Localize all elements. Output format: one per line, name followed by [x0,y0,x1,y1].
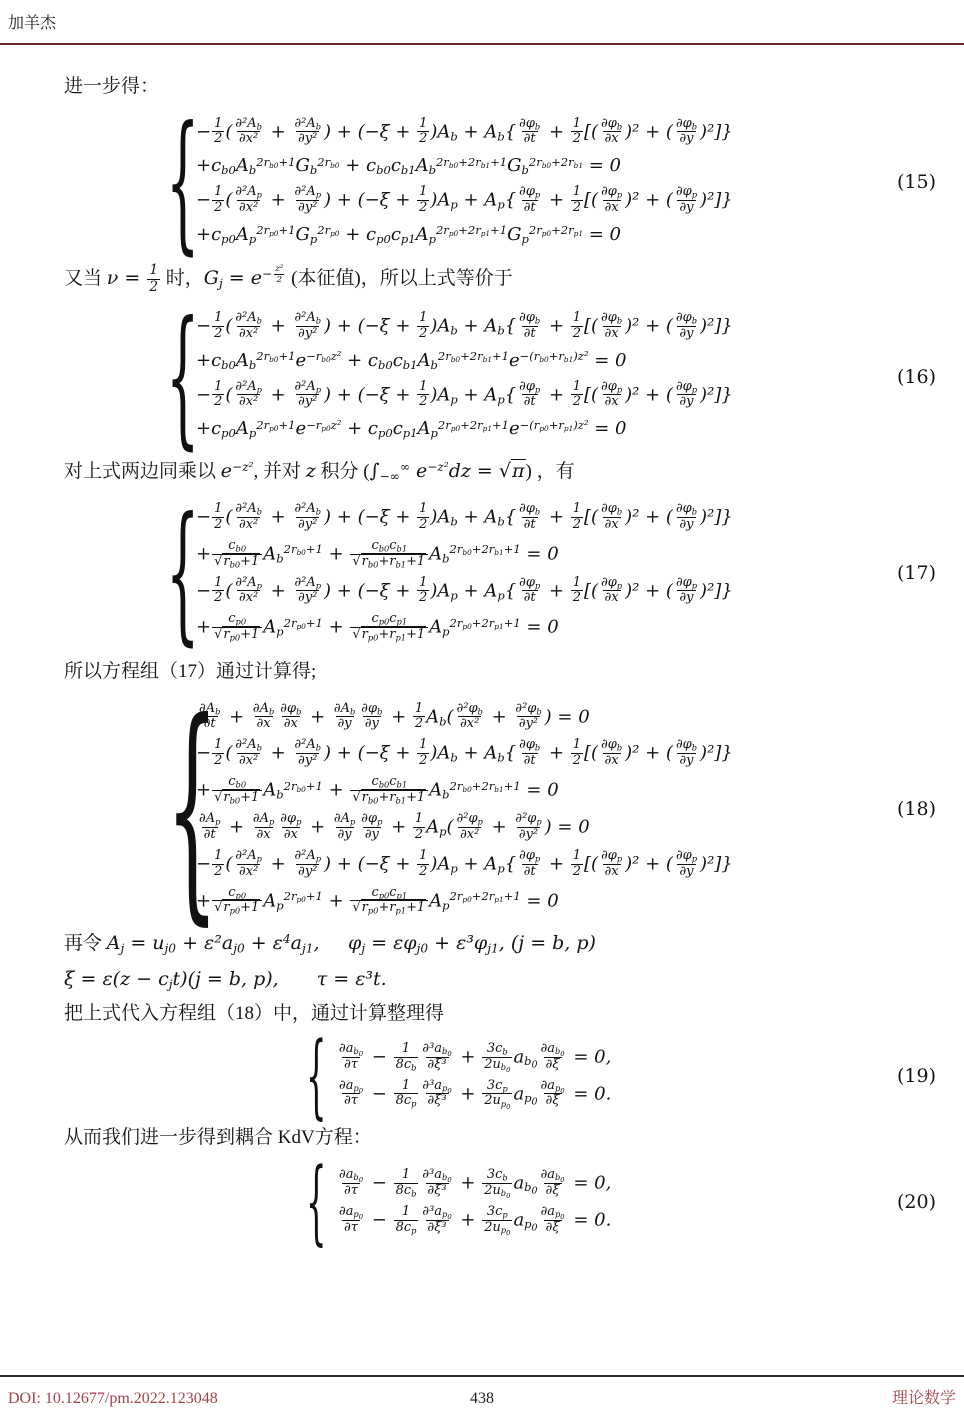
left-brace-icon: { [306,1156,326,1248]
equation-lines: ∂ab0∂τ − 18cb∂³ab0∂ξ³ + 3cb2ub0ab0∂ab0∂ξ… [336,1165,936,1239]
equation-line: ∂ap0∂τ − 18cp∂³ap0∂ξ³ + 3cp2up0ap0∂ap0∂ξ… [336,1202,936,1239]
page-footer: DOI: 10.12677/pm.2022.123048 438 理论数学 [0,1377,964,1414]
equation-line: ∂ap0∂τ − 18cp∂³ap0∂ξ³ + 3cp2up0ap0∂ap0∂ξ… [336,1076,936,1113]
equation-number: (20) [897,1191,936,1213]
left-brace-icon: { [306,1030,326,1122]
equation-number: (19) [897,1065,936,1087]
equation-lines: ∂ab0∂τ − 18cb∂³ab0∂ξ³ + 3cb2ub0ab0∂ab0∂ξ… [336,1039,936,1113]
equation-line: −12(∂²Ap∂x² + ∂²Ap∂y²) + (−ξ + 12)Ap + A… [196,182,936,219]
equation-16: { −12(∂²Ab∂x² + ∂²Ab∂y²) + (−ξ + 12)Ab +… [196,308,936,446]
equation-lines: −12(∂²Ab∂x² + ∂²Ab∂y²) + (−ξ + 12)Ab + A… [196,308,936,446]
equation-lines: −12(∂²Ab∂x² + ∂²Ab∂y²) + (−ξ + 12)Ab + A… [196,114,936,252]
equation-line: +cp0rp0+1Ap2rp0+1 + cp0cp1rp0+rp1+1Ap2rp… [196,609,936,646]
equation-line: ∂Ap∂t + ∂Ap∂x∂φp∂x + ∂Ap∂y∂φp∂y + 12Ap(∂… [196,809,936,846]
equation-number: (16) [897,366,936,388]
page-content: 进一步得： { −12(∂²Ab∂x² + ∂²Ab∂y²) + (−ξ + 1… [0,45,964,1375]
left-brace-icon: { [166,302,199,452]
equation-line: −12(∂²Ab∂x² + ∂²Ab∂y²) + (−ξ + 12)Ab + A… [196,499,936,536]
equation-line: ∂ab0∂τ − 18cb∂³ab0∂ξ³ + 3cb2ub0ab0∂ab0∂ξ… [336,1165,936,1202]
equation-line: +cp0Ap2rp0+1e−rp0z² + cp0cp1Ap2rp0+2rp1+… [196,413,936,445]
equation-15: { −12(∂²Ab∂x² + ∂²Ab∂y²) + (−ξ + 12)Ab +… [196,114,936,252]
footer-page-number: 438 [324,1390,640,1408]
author-name: 加羊杰 [8,15,56,32]
equation-lines: ∂Ab∂t + ∂Ab∂x∂φb∂x + ∂Ab∂y∂φb∂y + 12Ab(∂… [196,699,936,920]
equation-line: −12(∂²Ab∂x² + ∂²Ab∂y²) + (−ξ + 12)Ab + A… [196,735,936,772]
equation-line: +cb0rb0+1Ab2rb0+1 + cb0cb1rb0+rb1+1Ab2rb… [196,536,936,573]
equation-line: +cb0Ab2rb0+1e−rb0z² + cb0cb1Ab2rb0+2rb1+… [196,345,936,377]
equation-line: −12(∂²Ap∂x² + ∂²Ap∂y²) + (−ξ + 12)Ap + A… [196,573,936,610]
equation-number: (17) [897,562,936,584]
equation-17: { −12(∂²Ab∂x² + ∂²Ab∂y²) + (−ξ + 12)Ab +… [196,499,936,646]
page-header: 加羊杰 [0,0,964,33]
equation-line: +cb0Ab2rb0+1Gb2rb0 + cb0cb1Ab2rb0+2rb1+1… [196,150,936,182]
footer-doi: DOI: 10.12677/pm.2022.123048 [8,1390,324,1408]
footer-journal: 理论数学 [640,1385,956,1408]
equation-line: −12(∂²Ab∂x² + ∂²Ab∂y²) + (−ξ + 12)Ab + A… [196,308,936,345]
equation-line: +cp0Ap2rp0+1Gp2rp0 + cp0cp1Ap2rp0+2rp1+1… [196,219,936,251]
equation-line: +cb0rb0+1Ab2rb0+1 + cb0cb1rb0+rb1+1Ab2rb… [196,772,936,809]
equation-line: −12(∂²Ap∂x² + ∂²Ap∂y²) + (−ξ + 12)Ap + A… [196,846,936,883]
equation-line: ∂Ab∂t + ∂Ab∂x∂φb∂x + ∂Ab∂y∂φb∂y + 12Ab(∂… [196,699,936,736]
equation-19: { ∂ab0∂τ − 18cb∂³ab0∂ξ³ + 3cb2ub0ab0∂ab0… [336,1039,936,1113]
equation-line: ∂ab0∂τ − 18cb∂³ab0∂ξ³ + 3cb2ub0ab0∂ab0∂ξ… [336,1039,936,1076]
equation-18: { ∂Ab∂t + ∂Ab∂x∂φb∂x + ∂Ab∂y∂φb∂y + 12Ab… [196,699,936,920]
equation-line: −12(∂²Ab∂x² + ∂²Ab∂y²) + (−ξ + 12)Ab + A… [196,114,936,151]
para-substitute-into-18: 把上式代入方程组（18）中，通过计算整理得 [64,1000,936,1029]
left-brace-icon: { [166,691,218,926]
left-brace-icon: { [166,498,199,648]
equation-20: { ∂ab0∂τ − 18cb∂³ab0∂ξ³ + 3cb2ub0ab0∂ab0… [336,1165,936,1239]
left-brace-icon: { [166,107,199,257]
equation-line: −12(∂²Ap∂x² + ∂²Ap∂y²) + (−ξ + 12)Ap + A… [196,377,936,414]
para-coupled-kdv: 从而我们进一步得到耦合 KdV方程： [64,1124,936,1153]
equation-line: +cp0rp0+1Ap2rp0+1 + cp0cp1rp0+rp1+1Ap2rp… [196,883,936,920]
equation-lines: −12(∂²Ab∂x² + ∂²Ab∂y²) + (−ξ + 12)Ab + A… [196,499,936,646]
paper-page: 加羊杰 进一步得： { −12(∂²Ab∂x² + ∂²Ab∂y²) + (−ξ… [0,0,964,1414]
equation-number: (15) [897,171,936,193]
para-substitution-2: ξ = ε(z − cjt)(j = b, p), τ = ε³t. [64,965,936,995]
equation-number: (18) [897,798,936,820]
